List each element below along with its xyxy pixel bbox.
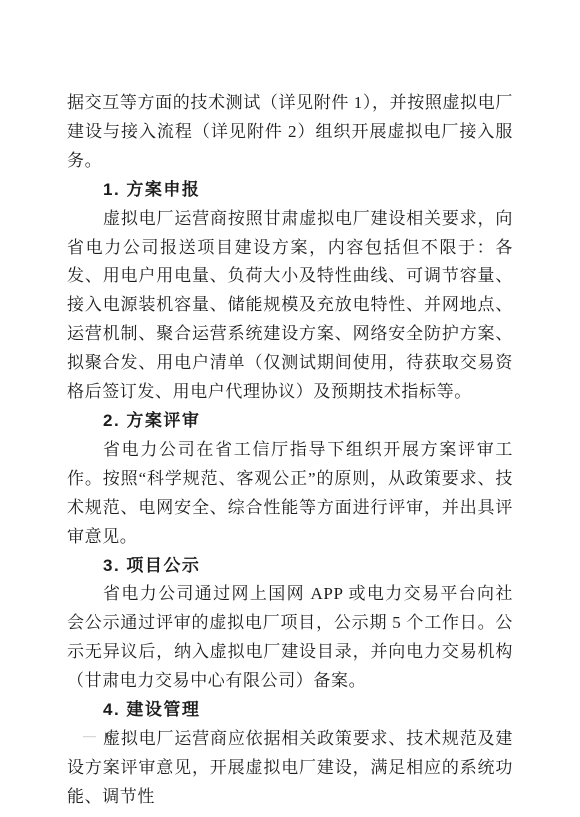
section-heading: 2. 方案评审 bbox=[67, 407, 513, 436]
page-number: —6— bbox=[83, 729, 136, 742]
body-paragraph: 省电力公司通过网上国网 APP 或电力交易平台向社会公示通过评审的虚拟电厂项目，… bbox=[67, 580, 513, 696]
body-paragraph: 虚拟电厂运营商按照甘肃虚拟电厂建设相关要求，向省电力公司报送项目建设方案，内容包… bbox=[67, 205, 513, 407]
section-heading: 1. 方案申报 bbox=[67, 176, 513, 205]
section-heading: 3. 项目公示 bbox=[67, 552, 513, 581]
document-body: 据交互等方面的技术测试（详见附件 1），并按照虚拟电厂建设与接入流程（详见附件 … bbox=[67, 89, 513, 812]
page-number-value: 6 bbox=[106, 728, 113, 743]
section-heading: 4. 建设管理 bbox=[67, 696, 513, 725]
page-number-dash-right: — bbox=[123, 728, 136, 743]
page-number-dash-left: — bbox=[83, 728, 96, 743]
body-paragraph: 省电力公司在省工信厅指导下组织开展方案评审工作。按照“科学规范、客观公正”的原则… bbox=[67, 436, 513, 552]
body-paragraph: 据交互等方面的技术测试（详见附件 1），并按照虚拟电厂建设与接入流程（详见附件 … bbox=[67, 89, 513, 176]
document-page: 据交互等方面的技术测试（详见附件 1），并按照虚拟电厂建设与接入流程（详见附件 … bbox=[0, 0, 580, 817]
